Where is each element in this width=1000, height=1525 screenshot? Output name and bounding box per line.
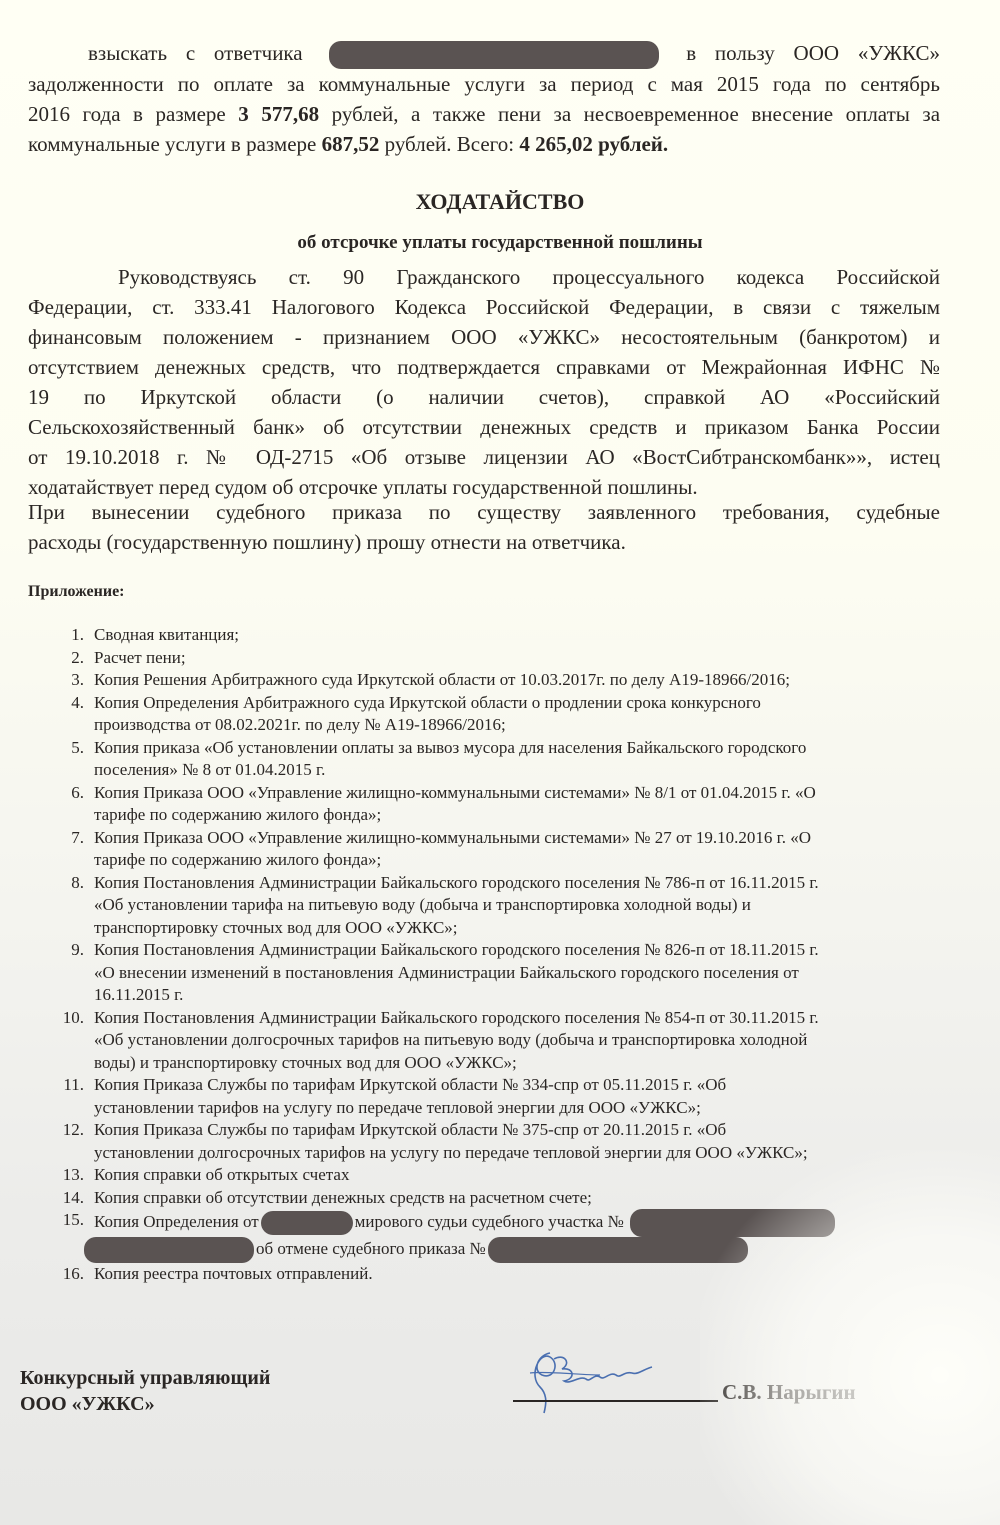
signature-line [513,1400,718,1402]
document-page: взыскать с ответчика в пользу ООО «УЖКС»… [0,0,1000,1525]
appendix-item: 1.Сводная квитанция; [40,624,960,647]
appendix-item: 2.Расчет пени; [40,647,960,670]
paragraph1-line: Сельскохозяйственный банк» об отсутствии… [28,412,940,442]
appendix-item: 13.Копия справки об открытых счетах [40,1164,960,1187]
appendix-item: 12.Копия Приказа Службы по тарифам Иркут… [40,1119,960,1164]
appendix-list: 1.Сводная квитанция;2.Расчет пени;3.Копи… [40,624,960,1286]
appendix-item: 3.Копия Решения Арбитражного суда Иркутс… [40,669,960,692]
appendix-item: 5.Копия приказа «Об установлении оплаты … [40,737,960,782]
paragraph2-line: При вынесении судебного приказа по сущес… [28,497,940,527]
appendix-item: 4.Копия Определения Арбитражного суда Ир… [40,692,960,737]
paragraph1-line: от 19.10.2018 г. № ОД-2715 «Об отзыве ли… [28,442,940,472]
appendix-item-number: 1. [40,624,94,647]
paragraph1-line: отсутствием денежных средств, что подтве… [28,352,940,382]
appendix-item: 10.Копия Постановления Администрации Бай… [40,1007,960,1075]
appendix-item-number: 13. [40,1164,94,1187]
redacted-court-district [630,1209,835,1237]
signatory-role: Конкурсный управляющий ООО «УЖКС» [20,1365,270,1417]
appendix-item: 8.Копия Постановления Администрации Байк… [40,872,960,940]
appendix-item: 7.Копия Приказа ООО «Управление жилищно-… [40,827,960,872]
appendix-item: 16.Копия реестра почтовых отправлений. [40,1263,960,1286]
paragraph1-line: финансовым положением - признанием ООО «… [28,322,940,352]
appendix-item: 6.Копия Приказа ООО «Управление жилищно-… [40,782,960,827]
claim-line-2: задолженности по оплате за коммунальные … [28,69,940,99]
appendix-item-number: 12. [40,1119,94,1164]
appendix-item: 9.Копия Постановления Администрации Байк… [40,939,960,1007]
appendix-item: 14.Копия справки об отсутствии денежных … [40,1187,960,1210]
claim-line-1: взыскать с ответчика в пользу ООО «УЖКС» [28,38,940,69]
redacted-order-number [488,1237,748,1263]
handwritten-signature-icon [520,1345,690,1415]
redacted-date [261,1211,353,1235]
appendix-item-number: 7. [40,827,94,872]
paragraph1-line: Федерации, ст. 333.41 Налогового Кодекса… [28,292,940,322]
appendix-item-number: 8. [40,872,94,940]
appendix-item: 11.Копия Приказа Службы по тарифам Иркут… [40,1074,960,1119]
appendix-heading: Приложение: [28,583,125,601]
appendix-item-number: 6. [40,782,94,827]
appendix-item-number: 3. [40,669,94,692]
paragraph1-line: Руководствуясь ст. 90 Гражданского проце… [28,262,940,292]
costs-paragraph: При вынесении судебного приказа по сущес… [28,497,940,557]
appendix-item-number: 10. [40,1007,94,1075]
redacted-defendant-name [329,41,659,69]
appendix-item-number: 5. [40,737,94,782]
appendix-item-number: 4. [40,692,94,737]
petition-paragraph: Руководствуясь ст. 90 Гражданского проце… [28,262,940,502]
redacted-court-name [84,1237,254,1263]
claim-paragraph: взыскать с ответчика в пользу ООО «УЖКС»… [28,38,940,159]
debt-amount: 3 577,68 [238,102,319,126]
signatory-name: С.В. Нарыгин [722,1380,856,1405]
appendix-item-number: 2. [40,647,94,670]
claim-line-3: 2016 года в размере 3 577,68 рублей, а т… [28,99,940,129]
penalty-amount: 687,52 [322,132,380,156]
appendix-item: 15.Копия Определения отмирового судьи су… [40,1209,960,1263]
paragraph1-line: 19 по Иркутской области (о наличии счето… [28,382,940,412]
document-title: ХОДАТАЙСТВО [0,189,1000,215]
appendix-item-number: 14. [40,1187,94,1210]
paragraph2-line: расходы (государственную пошлину) прошу … [28,527,940,557]
claim-line-4: коммунальные услуги в размере 687,52 руб… [28,129,940,159]
appendix-item-number: 16. [40,1263,94,1286]
total-amount: 4 265,02 рублей. [519,132,668,156]
appendix-item-number: 11. [40,1074,94,1119]
document-subtitle: об отсрочке уплаты государственной пошли… [0,232,1000,254]
appendix-item-number: 9. [40,939,94,1007]
